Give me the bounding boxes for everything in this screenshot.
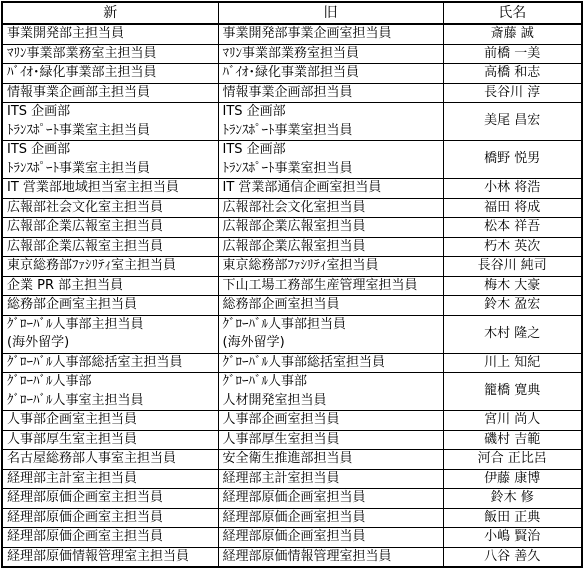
cell-new: 情報事業企画部主担当員 [2,83,218,103]
cell-line: IT 営業部通信企画室担当員 [223,179,441,198]
cell-line: ﾊﾞｲｵ･緑化事業部担当員 [223,64,441,83]
table-row: 経理部主計室主担当員経理部主計室担当員伊藤 康博 [2,469,582,489]
cell-new: ﾏﾘﾝ事業部業務室主担当員 [2,44,218,64]
cell-line: 梅木 大豪 [446,277,580,296]
cell-line: 長谷川 淳 [446,84,580,103]
cell-line: 人事部企画室主担当員 [7,411,216,430]
cell-new: 人事部厚生室主担当員 [2,430,218,450]
cell-line: ITS 企画部 [7,141,216,160]
cell-name: 橋野 悦男 [443,141,582,179]
cell-line: 前橋 一美 [446,45,580,64]
cell-name: 八谷 善久 [443,547,582,567]
cell-line: 人事部厚生室主担当員 [7,431,216,450]
cell-new: 経理部原価企画室主担当員 [2,528,218,548]
cell-line: 広報部社会文化室主担当員 [7,199,216,218]
table-row: 総務部企画室主担当員総務部企画室担当員鈴木 盈宏 [2,296,582,316]
cell-line: 経理部主計室主担当員 [7,470,216,489]
cell-name: 福田 将成 [443,198,582,218]
table-row: 経理部原価企画室主担当員経理部原価企画室担当員鈴木 修 [2,489,582,509]
personnel-table: 新 旧 氏名 事業開発部主担当員事業開発部事業企画室担当員斎藤 誠ﾏﾘﾝ事業部業… [1,1,583,568]
cell-name: 小嶋 賢治 [443,528,582,548]
cell-new: 名古屋総務部人事室主担当員 [2,450,218,470]
cell-line: 経理部原価企画室主担当員 [7,489,216,508]
cell-name: 前橋 一美 [443,44,582,64]
cell-line: 下山工場工務部生産管理室担当員 [223,277,441,296]
cell-line: 東京総務部ﾌｧｼﾘﾃｨ室主担当員 [7,257,216,276]
table-row: ｸﾞﾛｰﾊﾞﾙ人事部主担当員(海外留学)ｸﾞﾛｰﾊﾞﾙ人事部担当員(海外留学)木… [2,315,582,353]
cell-line: 経理部原価情報管理室主担当員 [7,548,216,567]
cell-line: ｸﾞﾛｰﾊﾞﾙ人事部総括室主担当員 [7,354,216,373]
cell-old: 人事部企画室担当員 [218,411,443,431]
table-row: 経理部原価企画室主担当員経理部原価企画室担当員飯田 正典 [2,508,582,528]
table-body: 事業開発部主担当員事業開発部事業企画室担当員斎藤 誠ﾏﾘﾝ事業部業務室主担当員ﾏ… [2,24,582,567]
cell-old: 事業開発部事業企画室担当員 [218,24,443,44]
cell-new: 経理部原価企画室主担当員 [2,508,218,528]
cell-new: ITS 企画部ﾄﾗﾝｽﾎﾟｰﾄ事業室主担当員 [2,141,218,179]
cell-name: 朽木 英次 [443,237,582,257]
table-row: 広報部社会文化室主担当員広報部社会文化室担当員福田 将成 [2,198,582,218]
cell-name: 鈴木 盈宏 [443,296,582,316]
table-row: 名古屋総務部人事室主担当員安全衛生推進部担当員河合 正比呂 [2,450,582,470]
table-row: 経理部原価情報管理室主担当員経理部原価情報管理室担当員八谷 善久 [2,547,582,567]
cell-new: 経理部原価情報管理室主担当員 [2,547,218,567]
column-header-name: 氏名 [443,2,582,24]
table-row: 人事部企画室主担当員人事部企画室担当員宮川 尚人 [2,411,582,431]
cell-line: 長谷川 純司 [446,257,580,276]
cell-old: 情報事業企画部担当員 [218,83,443,103]
cell-old: ﾏﾘﾝ事業部業務室担当員 [218,44,443,64]
cell-old: 下山工場工務部生産管理室担当員 [218,276,443,296]
cell-name: 斎藤 誠 [443,24,582,44]
cell-new: ﾊﾞｲｵ･緑化事業部主担当員 [2,64,218,84]
cell-line: ITS 企画部 [223,141,441,160]
cell-old: 経理部原価企画室担当員 [218,528,443,548]
cell-new: ｸﾞﾛｰﾊﾞﾙ人事部主担当員(海外留学) [2,315,218,353]
cell-line: (海外留学) [7,334,216,353]
table-row: 事業開発部主担当員事業開発部事業企画室担当員斎藤 誠 [2,24,582,44]
cell-line: ﾄﾗﾝｽﾎﾟｰﾄ事業室担当員 [223,160,441,179]
cell-new: 事業開発部主担当員 [2,24,218,44]
cell-old: 人事部厚生室担当員 [218,430,443,450]
cell-old: 経理部原価企画室担当員 [218,489,443,509]
cell-line: 斎藤 誠 [446,25,580,44]
cell-old: ｸﾞﾛｰﾊﾞﾙ人事部総括室担当員 [218,353,443,373]
cell-old: ｸﾞﾛｰﾊﾞﾙ人事部担当員(海外留学) [218,315,443,353]
cell-line: 小林 将浩 [446,179,580,198]
cell-name: 宮川 尚人 [443,411,582,431]
cell-line: 籠橋 寛典 [446,382,580,401]
cell-new: 広報部社会文化室主担当員 [2,198,218,218]
cell-line: 美尾 昌宏 [446,112,580,131]
cell-line: 高橋 和志 [446,64,580,83]
cell-line: 企業 PR 部主担当員 [7,277,216,296]
cell-line: 経理部主計室担当員 [223,470,441,489]
cell-line: 鈴木 修 [446,489,580,508]
cell-new: 総務部企画室主担当員 [2,296,218,316]
cell-line: 磯村 吉範 [446,431,580,450]
cell-line: 人材開発室担当員 [223,392,441,411]
table-row: ITS 企画部ﾄﾗﾝｽﾎﾟｰﾄ事業室主担当員ITS 企画部ﾄﾗﾝｽﾎﾟｰﾄ事業室… [2,141,582,179]
cell-old: 経理部原価情報管理室担当員 [218,547,443,567]
cell-name: 木村 隆之 [443,315,582,353]
cell-line: 河合 正比呂 [446,450,580,469]
cell-line: 松本 祥吾 [446,218,580,237]
cell-line: ITS 企画部 [223,103,441,122]
table-row: 広報部企業広報室主担当員広報部企業広報室担当員朽木 英次 [2,237,582,257]
cell-line: 経理部原価企画室担当員 [223,489,441,508]
cell-name: 河合 正比呂 [443,450,582,470]
cell-old: 経理部主計室担当員 [218,469,443,489]
cell-line: ﾏﾘﾝ事業部業務室担当員 [223,45,441,64]
cell-line: 事業開発部事業企画室担当員 [223,25,441,44]
cell-old: 安全衛生推進部担当員 [218,450,443,470]
cell-line: ﾄﾗﾝｽﾎﾟｰﾄ事業室主担当員 [7,122,216,141]
cell-old: ｸﾞﾛｰﾊﾞﾙ人事部人材開発室担当員 [218,373,443,411]
header-row: 新 旧 氏名 [2,2,582,24]
cell-line: 経理部原価企画室主担当員 [7,509,216,528]
cell-line: ｸﾞﾛｰﾊﾞﾙ人事部主担当員 [7,316,216,335]
cell-line: 伊藤 康博 [446,470,580,489]
cell-new: ｸﾞﾛｰﾊﾞﾙ人事部ｸﾞﾛｰﾊﾞﾙ人事室主担当員 [2,373,218,411]
cell-name: 長谷川 淳 [443,83,582,103]
cell-line: 鈴木 盈宏 [446,296,580,315]
personnel-change-sheet: 新 旧 氏名 事業開発部主担当員事業開発部事業企画室担当員斎藤 誠ﾏﾘﾝ事業部業… [0,0,583,580]
table-row: 情報事業企画部主担当員情報事業企画部担当員長谷川 淳 [2,83,582,103]
cell-line: ﾏﾘﾝ事業部業務室主担当員 [7,45,216,64]
cell-name: 磯村 吉範 [443,430,582,450]
cell-line: 情報事業企画部主担当員 [7,84,216,103]
cell-line: 人事部企画室担当員 [223,411,441,430]
cell-line: ﾊﾞｲｵ･緑化事業部主担当員 [7,64,216,83]
column-header-old: 旧 [218,2,443,24]
table-row: 人事部厚生室主担当員人事部厚生室担当員磯村 吉範 [2,430,582,450]
cell-line: 広報部企業広報室主担当員 [7,218,216,237]
table-row: 広報部企業広報室主担当員広報部企業広報室担当員松本 祥吾 [2,218,582,238]
cell-line: 経理部原価企画室担当員 [223,528,441,547]
cell-line: 事業開発部主担当員 [7,25,216,44]
cell-line: ｸﾞﾛｰﾊﾞﾙ人事部担当員 [223,316,441,335]
cell-new: 経理部主計室主担当員 [2,469,218,489]
table-row: ｸﾞﾛｰﾊﾞﾙ人事部ｸﾞﾛｰﾊﾞﾙ人事室主担当員ｸﾞﾛｰﾊﾞﾙ人事部人材開発室担… [2,373,582,411]
cell-line: ｸﾞﾛｰﾊﾞﾙ人事部総括室担当員 [223,354,441,373]
cell-name: 高橋 和志 [443,64,582,84]
cell-line: ITS 企画部 [7,103,216,122]
cell-line: ｸﾞﾛｰﾊﾞﾙ人事室主担当員 [7,392,216,411]
cell-old: 総務部企画室担当員 [218,296,443,316]
cell-line: 橋野 悦男 [446,150,580,169]
cell-old: 広報部企業広報室担当員 [218,218,443,238]
cell-new: 人事部企画室主担当員 [2,411,218,431]
cell-new: IT 営業部地域担当室主担当員 [2,179,218,199]
cell-name: 美尾 昌宏 [443,103,582,141]
table-row: 企業 PR 部主担当員下山工場工務部生産管理室担当員梅木 大豪 [2,276,582,296]
cell-name: 伊藤 康博 [443,469,582,489]
table-row: 東京総務部ﾌｧｼﾘﾃｨ室主担当員東京総務部ﾌｧｼﾘﾃｨ室担当員長谷川 純司 [2,257,582,277]
table-row: ﾏﾘﾝ事業部業務室主担当員ﾏﾘﾝ事業部業務室担当員前橋 一美 [2,44,582,64]
cell-line: ｸﾞﾛｰﾊﾞﾙ人事部 [7,373,216,392]
cell-new: 経理部原価企画室主担当員 [2,489,218,509]
cell-line: 福田 将成 [446,199,580,218]
cell-name: 飯田 正典 [443,508,582,528]
cell-line: 小嶋 賢治 [446,528,580,547]
cell-name: 小林 将浩 [443,179,582,199]
cell-line: 八谷 善久 [446,548,580,567]
cell-name: 梅木 大豪 [443,276,582,296]
cell-line: 川上 知紀 [446,354,580,373]
cell-line: 広報部企業広報室担当員 [223,218,441,237]
cell-line: 朽木 英次 [446,238,580,257]
cell-line: 人事部厚生室担当員 [223,431,441,450]
cell-old: 広報部企業広報室担当員 [218,237,443,257]
table-row: IT 営業部地域担当室主担当員IT 営業部通信企画室担当員小林 将浩 [2,179,582,199]
cell-old: ITS 企画部ﾄﾗﾝｽﾎﾟｰﾄ事業室担当員 [218,141,443,179]
cell-old: ITS 企画部ﾄﾗﾝｽﾎﾟｰﾄ事業室担当員 [218,103,443,141]
cell-new: 東京総務部ﾌｧｼﾘﾃｨ室主担当員 [2,257,218,277]
cell-old: ﾊﾞｲｵ･緑化事業部担当員 [218,64,443,84]
table-row: ｸﾞﾛｰﾊﾞﾙ人事部総括室主担当員ｸﾞﾛｰﾊﾞﾙ人事部総括室担当員川上 知紀 [2,353,582,373]
cell-line: 広報部企業広報室担当員 [223,238,441,257]
cell-line: 飯田 正典 [446,509,580,528]
cell-line: 名古屋総務部人事室主担当員 [7,450,216,469]
cell-line: 経理部原価企画室主担当員 [7,528,216,547]
table-row: 経理部原価企画室主担当員経理部原価企画室担当員小嶋 賢治 [2,528,582,548]
cell-old: 経理部原価企画室担当員 [218,508,443,528]
cell-line: 情報事業企画部担当員 [223,84,441,103]
cell-line: ﾄﾗﾝｽﾎﾟｰﾄ事業室担当員 [223,122,441,141]
cell-line: 広報部企業広報室主担当員 [7,238,216,257]
cell-name: 松本 祥吾 [443,218,582,238]
cell-old: 広報部社会文化室担当員 [218,198,443,218]
cell-line: (海外留学) [223,334,441,353]
cell-line: 東京総務部ﾌｧｼﾘﾃｨ室担当員 [223,257,441,276]
cell-old: IT 営業部通信企画室担当員 [218,179,443,199]
column-header-new: 新 [2,2,218,24]
cell-line: IT 営業部地域担当室主担当員 [7,179,216,198]
cell-line: ﾄﾗﾝｽﾎﾟｰﾄ事業室主担当員 [7,160,216,179]
cell-new: 広報部企業広報室主担当員 [2,218,218,238]
table-row: ITS 企画部ﾄﾗﾝｽﾎﾟｰﾄ事業室主担当員ITS 企画部ﾄﾗﾝｽﾎﾟｰﾄ事業室… [2,103,582,141]
table-header: 新 旧 氏名 [2,2,582,24]
cell-name: 長谷川 純司 [443,257,582,277]
cell-line: 経理部原価企画室担当員 [223,509,441,528]
cell-old: 東京総務部ﾌｧｼﾘﾃｨ室担当員 [218,257,443,277]
cell-name: 鈴木 修 [443,489,582,509]
cell-line: ｸﾞﾛｰﾊﾞﾙ人事部 [223,373,441,392]
cell-line: 総務部企画室担当員 [223,296,441,315]
cell-line: 総務部企画室主担当員 [7,296,216,315]
cell-new: ｸﾞﾛｰﾊﾞﾙ人事部総括室主担当員 [2,353,218,373]
cell-line: 経理部原価情報管理室担当員 [223,548,441,567]
cell-line: 宮川 尚人 [446,411,580,430]
cell-new: 広報部企業広報室主担当員 [2,237,218,257]
cell-line: 広報部社会文化室担当員 [223,199,441,218]
cell-line: 安全衛生推進部担当員 [223,450,441,469]
cell-name: 籠橋 寛典 [443,373,582,411]
cell-new: ITS 企画部ﾄﾗﾝｽﾎﾟｰﾄ事業室主担当員 [2,103,218,141]
cell-new: 企業 PR 部主担当員 [2,276,218,296]
cell-name: 川上 知紀 [443,353,582,373]
cell-line: 木村 隆之 [446,325,580,344]
table-row: ﾊﾞｲｵ･緑化事業部主担当員ﾊﾞｲｵ･緑化事業部担当員高橋 和志 [2,64,582,84]
